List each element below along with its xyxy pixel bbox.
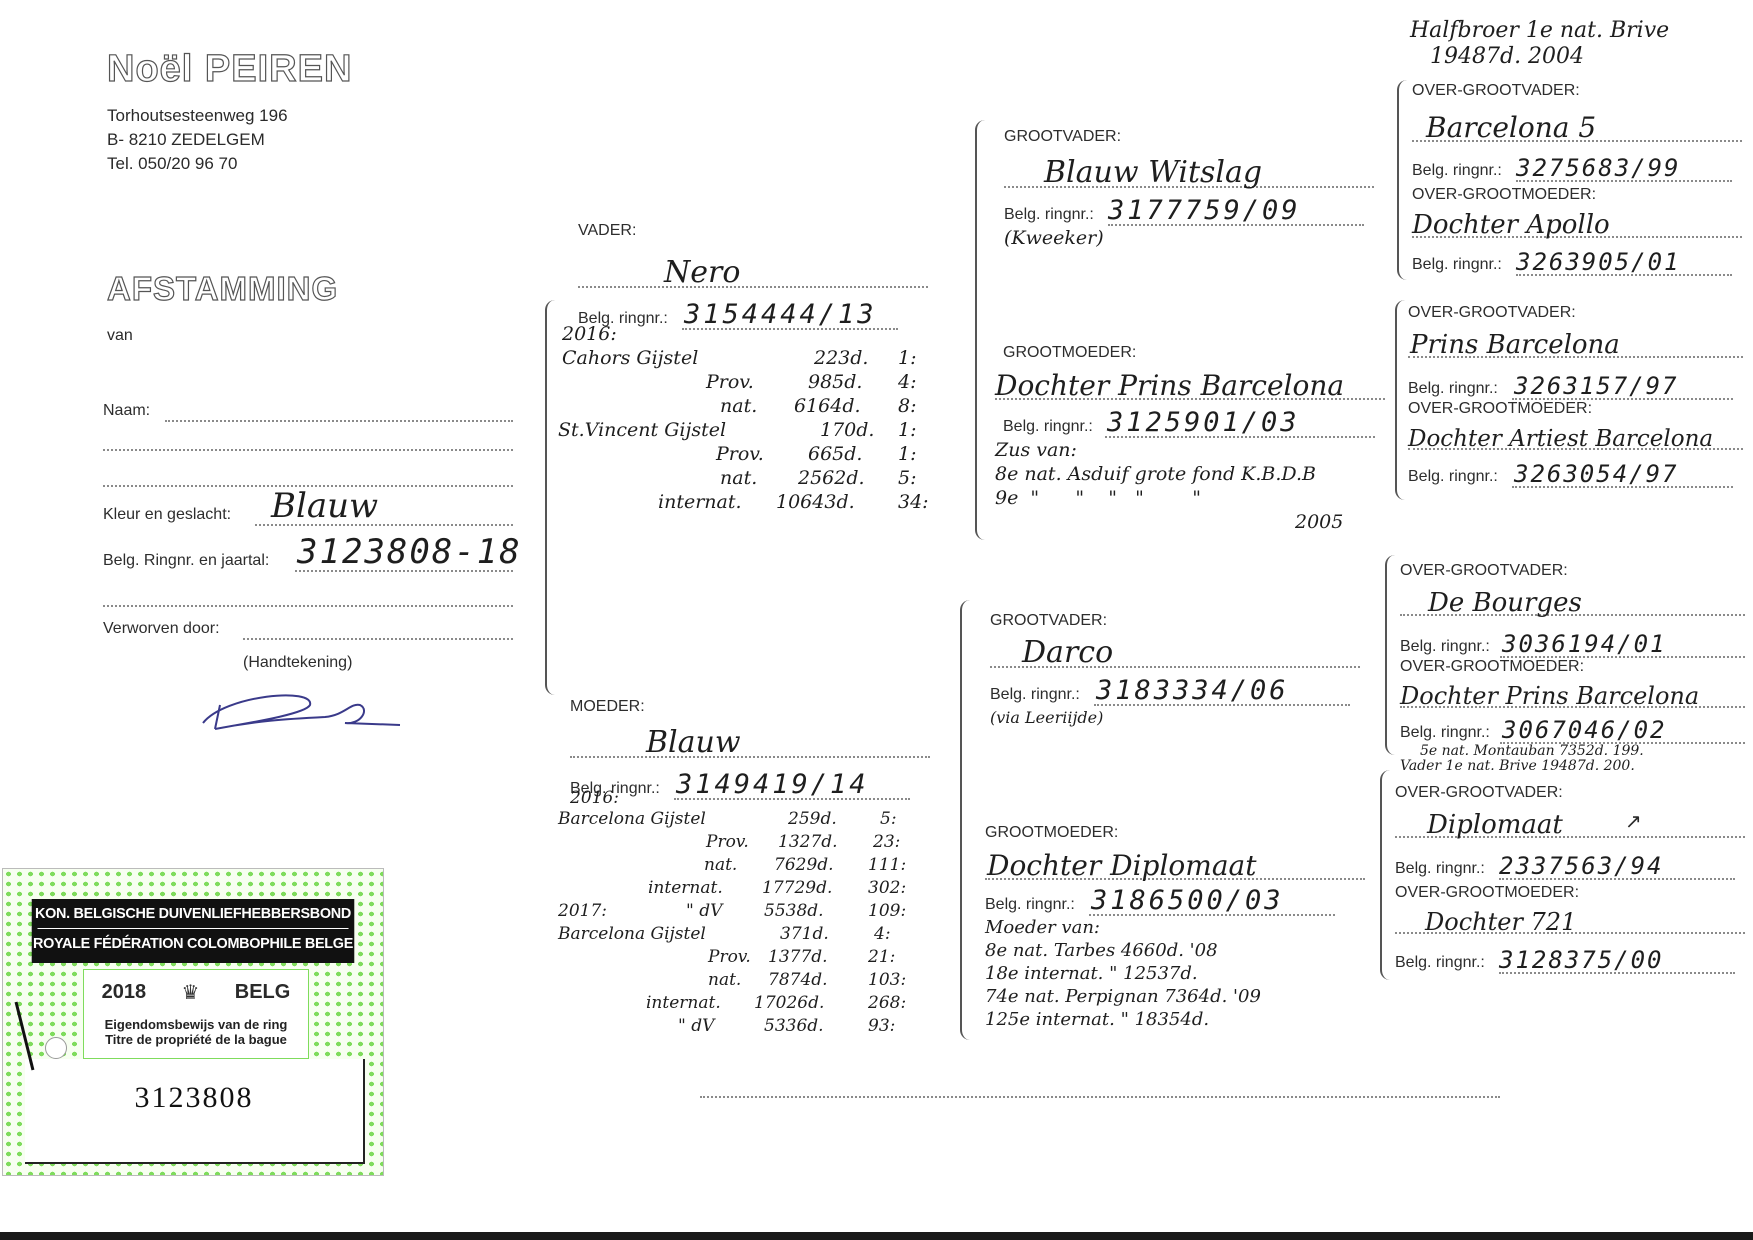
vader-name: Nero — [664, 255, 740, 290]
ogm4-ring: 3128375/00 — [1499, 946, 1664, 974]
grootvader-m-ring-row: Belg. ringnr.: 3183334/06 — [990, 670, 1360, 706]
moeder-name-row: Blauw — [570, 716, 930, 760]
note-line: Zus van: — [995, 438, 1385, 462]
grootvader-m-ring-label: Belg. ringnr.: — [990, 686, 1080, 704]
note-line: Halfbroer 1e nat. Brive — [1410, 18, 1669, 44]
ogm3-label: OVER-GROOTMOEDER: — [1400, 658, 1745, 676]
moeder-performance: 2016: Barcelona Gijstel259d.5: Prov.1327… — [558, 786, 968, 1037]
ogm4-name-row: Dochter 721 — [1395, 902, 1745, 936]
ogm3-name: Dochter Prins Barcelona — [1400, 682, 1699, 710]
grootmoeder-m-label: GROOTMOEDER: — [985, 824, 1365, 842]
perf-row: internat.17729d.302: — [558, 876, 968, 899]
card-hole — [45, 1037, 67, 1059]
grootmoeder-m-block: GROOTMOEDER: Dochter Diplomaat Belg. rin… — [985, 824, 1365, 1031]
address-line-2: B- 8210 ZEDELGEM — [107, 128, 288, 152]
perf-row: " dV5336d.93: — [558, 1014, 968, 1037]
ogv2-name-row: Prins Barcelona — [1408, 322, 1743, 360]
card-header: KON. BELGISCHE DUIVENLIEFHEBBERSBOND ROY… — [32, 899, 355, 963]
note-line: 18e internat. " 12537d. — [985, 962, 1365, 985]
address-line-1: Torhoutsesteenweg 196 — [107, 104, 288, 128]
moeder-name: Blauw — [646, 725, 741, 760]
kleur-value: Blauw — [271, 486, 378, 526]
ogv2-name: Prins Barcelona — [1410, 330, 1620, 360]
ogv3-ring: 3036194/01 — [1502, 630, 1667, 658]
ogm2-ring-row: Belg. ringnr.: 3263054/97 — [1408, 452, 1743, 488]
ogv4-ring-row: Belg. ringnr.: 2337563/94 — [1395, 840, 1745, 880]
ogm3-notes: 5e nat. Montauban 7352d. 199. Vader 1e n… — [1400, 744, 1745, 774]
grandparents-v-brace — [975, 120, 989, 540]
ggp-group-3: OVER-GROOTVADER: De Bourges Belg. ringnr… — [1400, 562, 1745, 774]
ogv3-ring-row: Belg. ringnr.: 3036194/01 — [1400, 618, 1745, 658]
verworven-line — [243, 638, 513, 640]
perf-row: internat.10643d.34: — [558, 490, 968, 514]
grootvader-v-ring-label: Belg. ringnr.: — [1004, 206, 1094, 224]
ogv3-name-row: De Bourges — [1400, 580, 1745, 618]
ring-value: 3123808-18 — [297, 532, 522, 572]
note-line: Vader 1e nat. Brive 19487d. 200. — [1400, 759, 1745, 774]
grootmoeder-m-name-row: Dochter Diplomaat — [985, 842, 1365, 882]
crown-icon: ♛ — [181, 980, 199, 1005]
grootmoeder-m-ring: 3186500/03 — [1091, 885, 1284, 916]
grootmoeder-v-ring-row: Belg. ringnr.: 3125901/03 — [995, 402, 1385, 438]
document-title: AFSTAMMING — [107, 270, 338, 308]
ogm3-ring: 3067046/02 — [1502, 716, 1667, 744]
kleur-label: Kleur en geslacht: — [103, 506, 231, 524]
ogm1-label: OVER-GROOTMOEDER: — [1412, 186, 1742, 204]
ogv1-name-row: Barcelona 5 — [1412, 100, 1742, 144]
perf-row: nat.7629d.111: — [558, 853, 968, 876]
grootmoeder-v-label: GROOTMOEDER: — [995, 344, 1385, 362]
naam-label: Naam: — [103, 402, 150, 420]
ogv3-ring-label: Belg. ringnr.: — [1400, 638, 1490, 656]
bottom-line — [700, 1096, 1500, 1098]
grootvader-v-ring: 3177759/09 — [1108, 195, 1301, 226]
perf-row: Prov.1327d.23: — [558, 830, 968, 853]
grootvader-m-ring: 3183334/06 — [1096, 675, 1289, 706]
card-year: 2018 — [102, 981, 147, 1004]
ggp1-brace — [1397, 80, 1409, 280]
ogm4-name: Dochter 721 — [1425, 908, 1576, 936]
grootmoeder-v-notes: Zus van: 8e nat. Asduif grote fond K.B.D… — [995, 438, 1385, 534]
ogm4-ring-row: Belg. ringnr.: 3128375/00 — [1395, 936, 1745, 974]
grootvader-m-block: GROOTVADER: Darco Belg. ringnr.: 3183334… — [990, 612, 1360, 730]
grootmoeder-m-notes: Moeder van: 8e nat. Tarbes 4660d. '08 18… — [985, 916, 1365, 1031]
ggp-top-note: Halfbroer 1e nat. Brive 19487d. 2004 — [1410, 18, 1669, 70]
kleur-field[interactable]: Kleur en geslacht: Blauw — [103, 490, 513, 526]
vader-block: VADER: Nero Belg. ringnr.: 3154444/13 — [578, 222, 928, 330]
ogm3-name-row: Dochter Prins Barcelona — [1400, 676, 1745, 710]
ogm2-label: OVER-GROOTMOEDER: — [1408, 400, 1743, 418]
grootvader-m-name-row: Darco — [990, 630, 1360, 670]
grootmoeder-v-ring-label: Belg. ringnr.: — [1003, 418, 1093, 436]
card-header-fr: ROYALE FÉDÉRATION COLOMBOPHILE BELGE — [32, 929, 355, 958]
extra-line[interactable] — [103, 605, 513, 607]
ogv1-ring-row: Belg. ringnr.: 3275683/99 — [1412, 144, 1742, 182]
grootvader-m-name: Darco — [1022, 635, 1113, 670]
naam-line-2[interactable] — [103, 449, 513, 451]
perf-row: Prov.985d.4: — [558, 370, 968, 394]
perf-row: Prov.665d.1: — [558, 442, 968, 466]
breeder-address: Torhoutsesteenweg 196 B- 8210 ZEDELGEM T… — [107, 104, 288, 176]
ogv1-name: Barcelona 5 — [1426, 111, 1596, 144]
grootmoeder-v-block: GROOTMOEDER: Dochter Prins Barcelona Bel… — [995, 344, 1385, 534]
note-line: 74e nat. Perpignan 7364d. '09 — [985, 985, 1365, 1008]
grootmoeder-v-name: Dochter Prins Barcelona — [995, 369, 1344, 402]
grootmoeder-v-ring: 3125901/03 — [1107, 407, 1300, 438]
ggp-group-1: OVER-GROOTVADER: Barcelona 5 Belg. ringn… — [1412, 82, 1742, 276]
ogm1-name-row: Dochter Apollo — [1412, 204, 1742, 240]
naam-field[interactable]: Naam: — [103, 396, 513, 422]
ogm1-name: Dochter Apollo — [1412, 210, 1610, 240]
ogm3-ring-row: Belg. ringnr.: 3067046/02 — [1400, 710, 1745, 744]
ogm1-ring: 3263905/01 — [1516, 248, 1681, 276]
note-line: Moeder van: — [985, 916, 1365, 939]
perf-row: Barcelona Gijstel371d.4: — [558, 922, 968, 945]
note-line: 125e internat. " 18354d. — [985, 1008, 1365, 1031]
ogv1-ring: 3275683/99 — [1516, 154, 1681, 182]
card-subtitle-fr: Titre de propriété de la bague — [84, 1032, 308, 1047]
ogm2-ring-label: Belg. ringnr.: — [1408, 468, 1498, 486]
naam-line — [165, 420, 513, 422]
ogv1-label: OVER-GROOTVADER: — [1412, 82, 1742, 100]
ggp4-brace — [1380, 770, 1392, 980]
handtekening-label: (Handtekening) — [243, 654, 352, 672]
ogv4-name: Diplomaat — [1427, 810, 1563, 840]
ogm3-ring-label: Belg. ringnr.: — [1400, 724, 1490, 742]
ggp2-brace — [1395, 300, 1407, 500]
ogv4-ring-label: Belg. ringnr.: — [1395, 860, 1485, 878]
breeder-name: Noël PEIREN — [107, 48, 352, 91]
ogv1-ring-label: Belg. ringnr.: — [1412, 162, 1502, 180]
grootmoeder-m-ring-label: Belg. ringnr.: — [985, 896, 1075, 914]
ogm1-ring-row: Belg. ringnr.: 3263905/01 — [1412, 240, 1742, 276]
ogv3-name: De Bourges — [1428, 588, 1582, 618]
grootmoeder-m-name: Dochter Diplomaat — [987, 849, 1256, 882]
moeder-label: MOEDER: — [570, 698, 930, 716]
card-ring-number: 3123808 — [25, 1081, 363, 1115]
perf-row: St.Vincent Gijstel170d.1: — [558, 418, 968, 442]
ring-ownership-card: KON. BELGISCHE DUIVENLIEFHEBBERSBOND ROY… — [2, 868, 384, 1176]
ring-label: Belg. Ringnr. en jaartal: — [103, 552, 269, 570]
verworven-label: Verworven door: — [103, 620, 220, 638]
ogm4-ring-label: Belg. ringnr.: — [1395, 954, 1485, 972]
perf-row: Prov.1377d.21: — [558, 945, 968, 968]
parents-brace — [545, 300, 559, 695]
perf-row: nat.2562d.5: — [558, 466, 968, 490]
ogv4-ring: 2337563/94 — [1499, 852, 1664, 880]
grootvader-v-label: GROOTVADER: — [1004, 128, 1374, 146]
perf-row: 2016: — [558, 322, 968, 346]
ogm1-ring-label: Belg. ringnr.: — [1412, 256, 1502, 274]
note-line: 8e nat. Asduif grote fond K.B.D.B — [995, 462, 1385, 486]
grootvader-m-note: (via Leeriijde) — [990, 706, 1360, 730]
grootvader-v-block: GROOTVADER: Blauw Witslag Belg. ringnr.:… — [1004, 128, 1374, 250]
ogm2-name-row: Dochter Artiest Barcelona — [1408, 418, 1743, 452]
ggp-group-2: OVER-GROOTVADER: Prins Barcelona Belg. r… — [1408, 304, 1743, 488]
signature-icon — [195, 685, 405, 735]
perf-row: 2016: — [558, 786, 968, 807]
ggp-group-4: OVER-GROOTVADER: Diplomaat ↗ Belg. ringn… — [1395, 784, 1745, 974]
ogv2-ring-label: Belg. ringnr.: — [1408, 380, 1498, 398]
moeder-block: MOEDER: Blauw Belg. ringnr.: 3149419/14 — [570, 698, 930, 800]
perf-row: Barcelona Gijstel259d.5: — [558, 807, 968, 830]
ogv2-ring-row: Belg. ringnr.: 3263157/97 — [1408, 360, 1743, 400]
ogm2-ring: 3263054/97 — [1514, 460, 1679, 488]
vader-label: VADER: — [578, 222, 928, 240]
perf-row: Cahors Gijstel223d.1: — [558, 346, 968, 370]
grootmoeder-m-ring-row: Belg. ringnr.: 3186500/03 — [985, 882, 1365, 916]
arrow-icon: ↗ — [1625, 809, 1642, 834]
note-line: 8e nat. Tarbes 4660d. '08 — [985, 939, 1365, 962]
card-middle: 2018 ♛ BELG Eigendomsbewijs van de ring … — [83, 969, 309, 1059]
scan-edge — [0, 1232, 1753, 1240]
verworven-field[interactable]: Verworven door: — [103, 614, 513, 640]
grootvader-v-name: Blauw Witslag — [1044, 155, 1262, 190]
ogm4-label: OVER-GROOTMOEDER: — [1395, 884, 1745, 902]
ogv4-name-row: Diplomaat ↗ — [1395, 802, 1745, 840]
ogv2-ring: 3263157/97 — [1514, 372, 1679, 400]
vader-name-row: Nero — [578, 240, 928, 290]
ogv4-label: OVER-GROOTVADER: — [1395, 784, 1745, 802]
phone: Tel. 050/20 96 70 — [107, 152, 288, 176]
ogv2-label: OVER-GROOTVADER: — [1408, 304, 1743, 322]
van-label: van — [107, 327, 133, 345]
vader-performance: 2016: Cahors Gijstel223d.1: Prov.985d.4:… — [558, 322, 968, 514]
grootvader-v-ring-row: Belg. ringnr.: 3177759/09 — [1004, 190, 1374, 226]
perf-row: nat.6164d.8: — [558, 394, 968, 418]
grootmoeder-v-name-row: Dochter Prins Barcelona — [995, 362, 1385, 402]
ogv3-label: OVER-GROOTVADER: — [1400, 562, 1745, 580]
card-number-area: 3123808 — [25, 1059, 365, 1164]
grootvader-m-label: GROOTVADER: — [990, 612, 1360, 630]
ring-field[interactable]: Belg. Ringnr. en jaartal: 3123808-18 — [103, 530, 543, 572]
note-line: 5e nat. Montauban 7352d. 199. — [1400, 744, 1745, 759]
perf-row: internat.17026d.268: — [558, 991, 968, 1014]
note-line: 2005 — [995, 510, 1385, 534]
note-line: 19487d. 2004 — [1410, 44, 1669, 70]
card-subtitle-nl: Eigendomsbewijs van de ring — [84, 1017, 308, 1032]
card-country: BELG — [235, 981, 291, 1004]
ogm2-name: Dochter Artiest Barcelona — [1408, 426, 1713, 452]
perf-row: nat.7874d.103: — [558, 968, 968, 991]
ggp3-brace — [1385, 555, 1397, 755]
grootvader-v-note: (Kweeker) — [1004, 226, 1374, 250]
perf-row: 2017:" dV5538d.109: — [558, 899, 968, 922]
grootvader-v-name-row: Blauw Witslag — [1004, 146, 1374, 190]
card-header-nl: KON. BELGISCHE DUIVENLIEFHEBBERSBOND — [32, 899, 355, 928]
note-line: 9e " " " " " — [995, 486, 1385, 510]
